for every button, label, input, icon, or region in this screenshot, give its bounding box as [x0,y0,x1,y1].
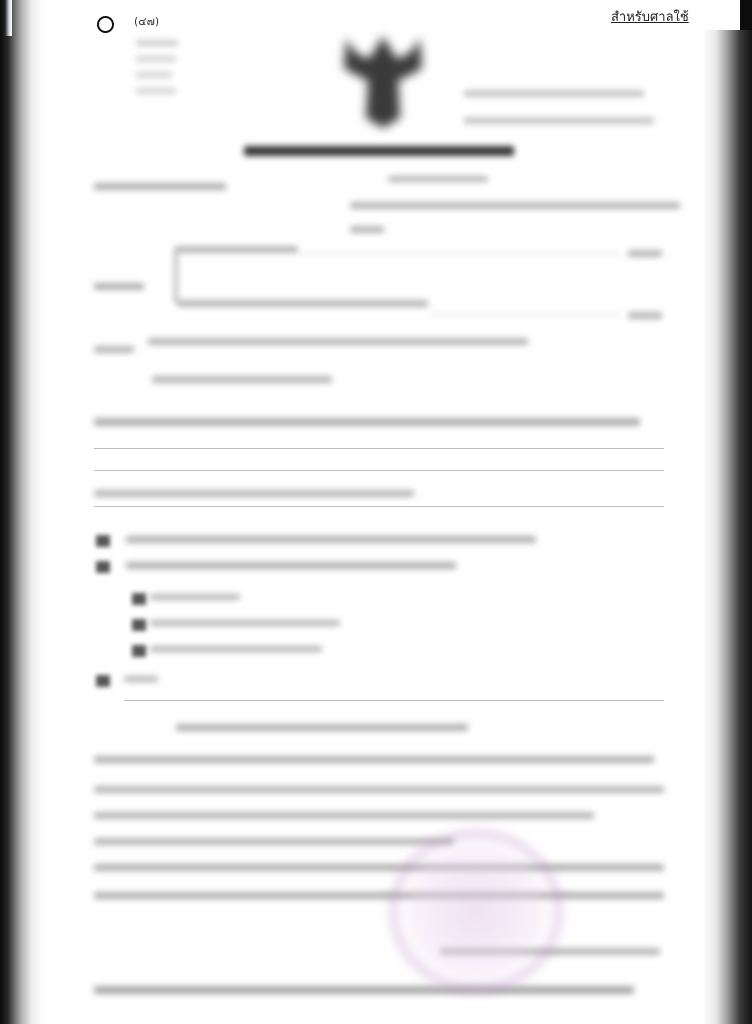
form-number: (๔๗) [134,12,159,30]
checkbox-icon [96,561,110,573]
page-edge-right [702,30,752,1024]
garuda-emblem-icon [336,28,430,130]
circle-mark-icon [97,16,114,33]
checkbox-icon [132,645,146,657]
checkbox-icon [132,619,146,631]
fill-line [124,700,664,701]
fill-line [94,448,664,449]
fill-line [94,470,664,471]
official-seal-stamp-icon [390,830,562,992]
court-use-label: สำหรับศาลใช้ [611,6,689,27]
page-edge-right-top [740,0,752,30]
checkbox-icon [96,535,110,547]
checkbox-icon [96,675,110,687]
fill-line [94,506,664,507]
page-edge-left-top [0,0,12,36]
checkbox-icon [132,593,146,605]
page-edge-left [0,0,44,1024]
